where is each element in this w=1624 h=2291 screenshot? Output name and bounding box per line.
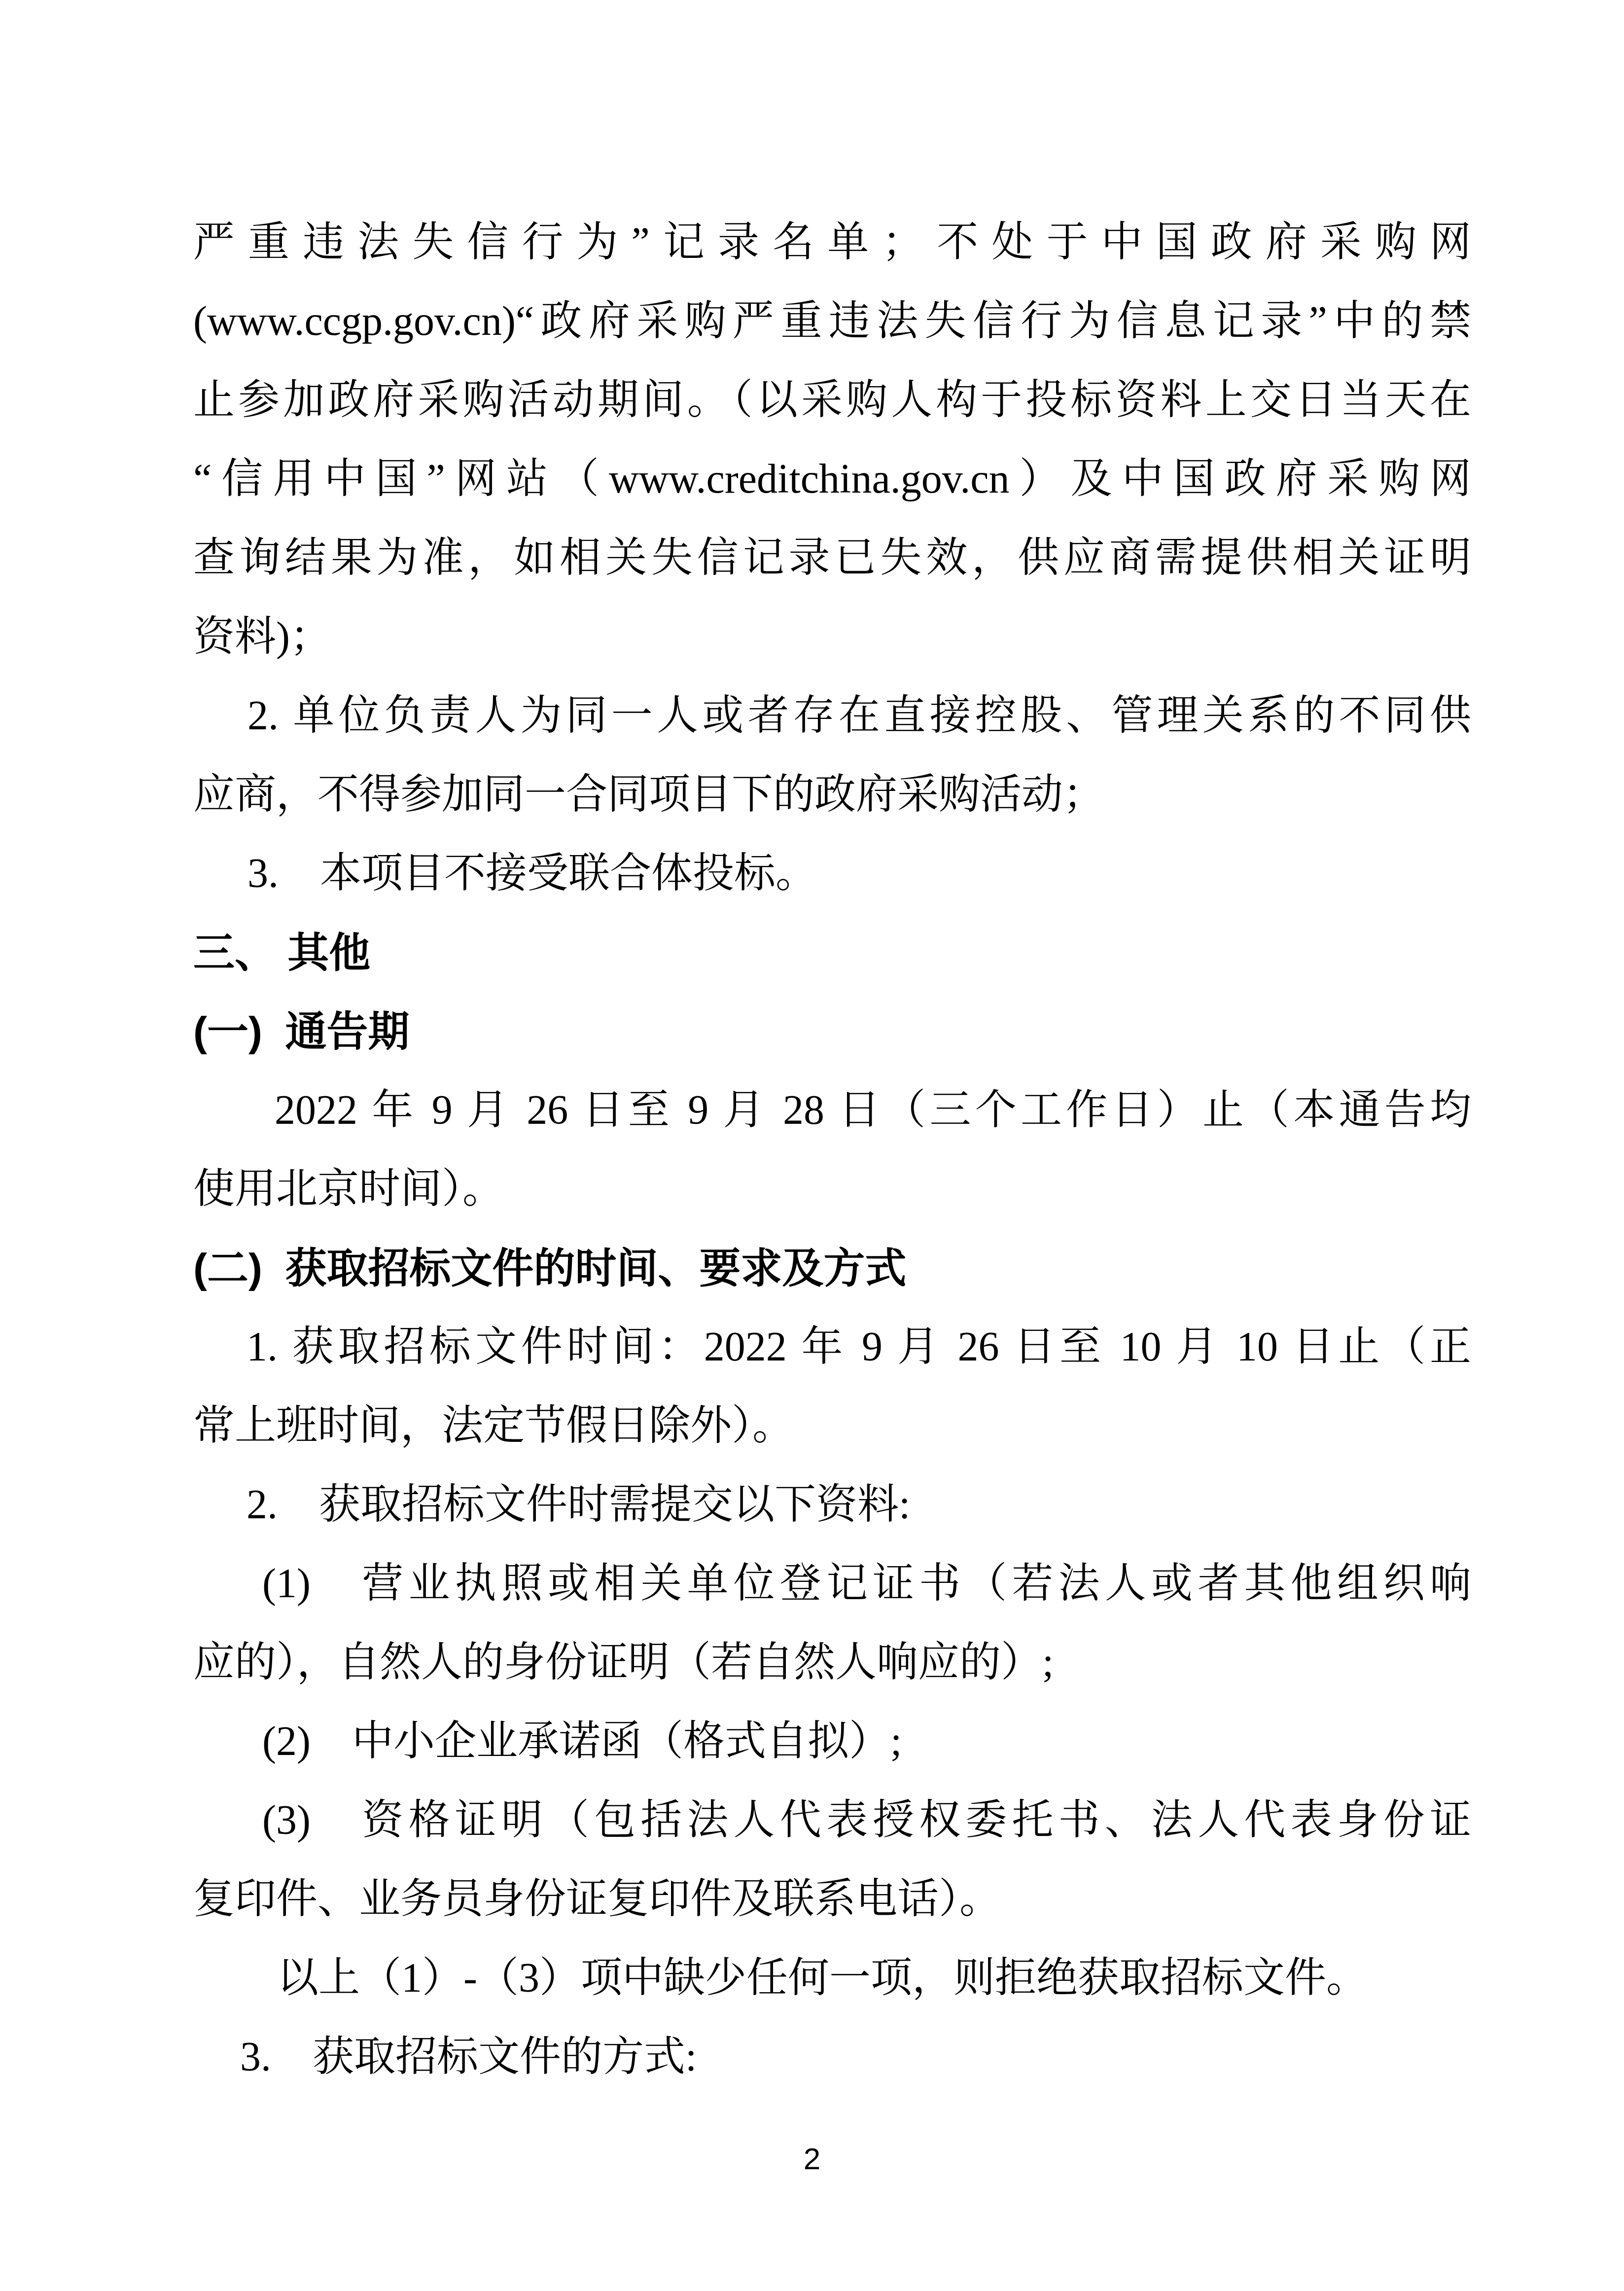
text-line: 查询结果为准，如相关失信记录已失效，供应商需提供相关证明	[193, 519, 1471, 598]
document-page: 严重违法失信行为”记录名单；不处于中国政府采购网(www.ccgp.gov.cn…	[0, 0, 1624, 2291]
heading-line: (二) 获取招标文件的时间、要求及方式	[193, 1229, 1471, 1308]
text-line: 3. 获取招标文件的方式:	[193, 2018, 1471, 2097]
text-line: 复印件、业务员身份证复印件及联系电话）。	[193, 1860, 1471, 1939]
text-line: (3) 资格证明（包括法人代表授权委托书、法人代表身份证	[193, 1781, 1471, 1860]
text-line: (www.ccgp.gov.cn)“政府采购严重违法失信行为信息记录”中的禁	[193, 282, 1471, 361]
text-line: 2. 单位负责人为同一人或者存在直接控股、管理关系的不同供	[193, 677, 1471, 755]
text-line: 常上班时间，法定节假日除外）。	[193, 1387, 1471, 1466]
text-line: 资料)；	[193, 598, 1471, 677]
text-line: 1. 获取招标文件时间：2022 年 9 月 26 日至 10 月 10 日止（…	[193, 1308, 1471, 1387]
document-body: 严重违法失信行为”记录名单；不处于中国政府采购网(www.ccgp.gov.cn…	[193, 203, 1471, 2097]
text-line: (1) 营业执照或相关单位登记证书（若法人或者其他组织响	[193, 1544, 1471, 1623]
text-line: 2. 获取招标文件时需提交以下资料:	[193, 1466, 1471, 1544]
heading-line: (一) 通告期	[193, 992, 1471, 1071]
text-line: 止参加政府采购活动期间。（以采购人构于投标资料上交日当天在	[193, 361, 1471, 440]
text-line: 3. 本项目不接受联合体投标。	[193, 834, 1471, 913]
text-line: 使用北京时间）。	[193, 1150, 1471, 1229]
text-line: 2022 年 9 月 26 日至 9 月 28 日（三个工作日）止（本通告均	[193, 1071, 1471, 1150]
page-number: 2	[0, 2144, 1624, 2175]
text-line: 以上（1）-（3）项中缺少任何一项，则拒绝获取招标文件。	[193, 1939, 1471, 2018]
text-line: “信用中国”网站（www.creditchina.gov.cn）及中国政府采购网	[193, 440, 1471, 519]
text-line: 应商，不得参加同一合同项目下的政府采购活动；	[193, 755, 1471, 834]
text-line: (2) 中小企业承诺函（格式自拟）;	[193, 1702, 1471, 1781]
text-line: 严重违法失信行为”记录名单；不处于中国政府采购网	[193, 203, 1471, 282]
text-line: 应的），自然人的身份证明（若自然人响应的）;	[193, 1623, 1471, 1702]
heading-line: 三、 其他	[193, 913, 1471, 992]
